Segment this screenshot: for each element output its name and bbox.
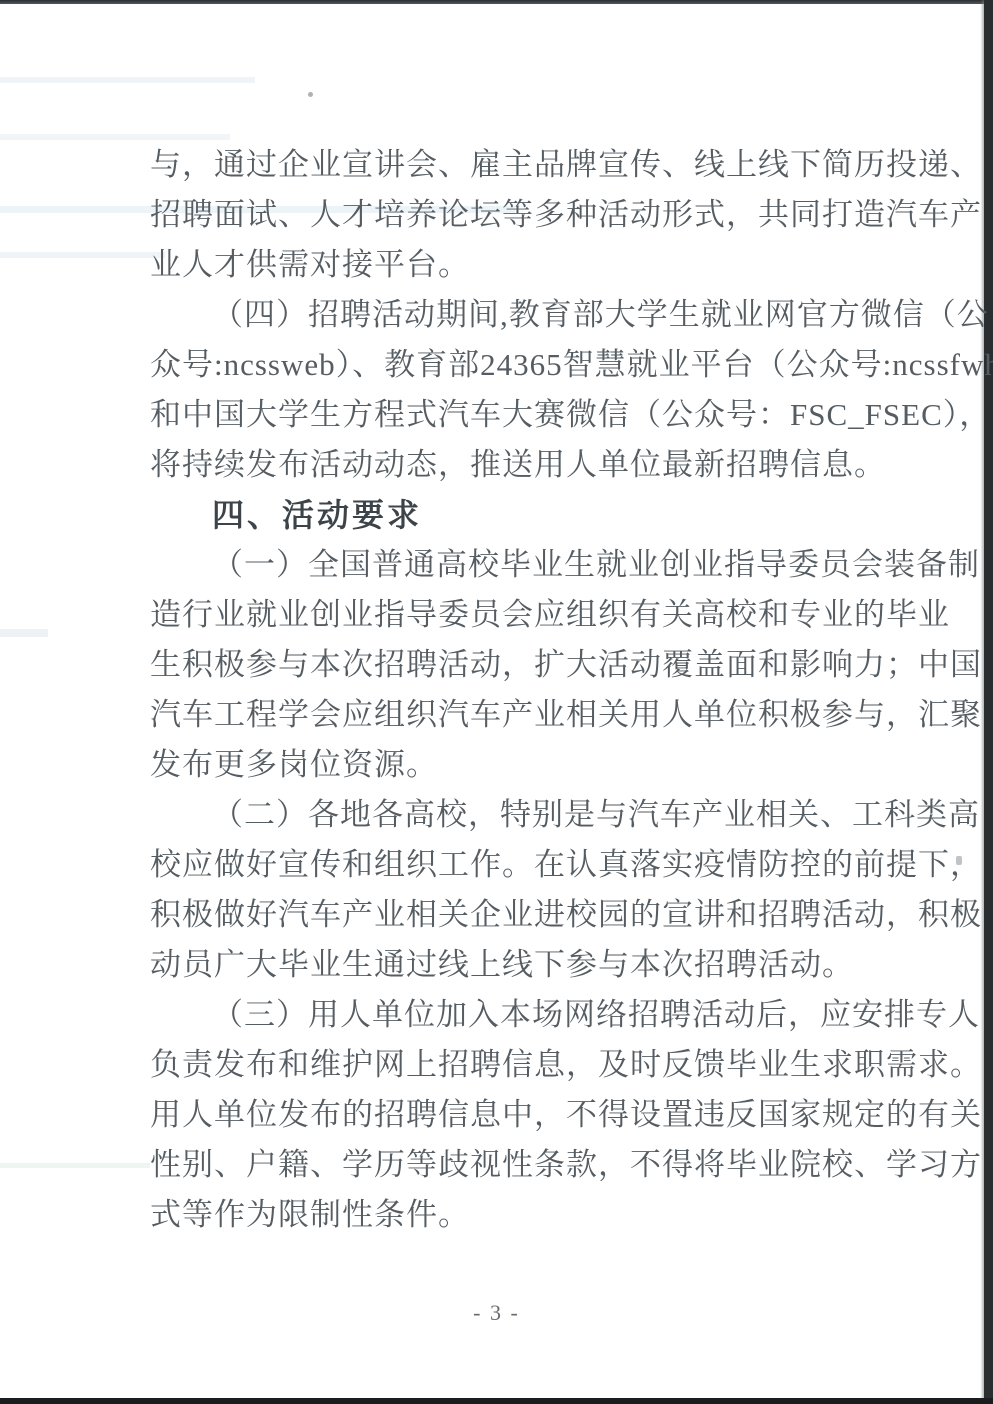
scan-artifact bbox=[0, 629, 48, 637]
text-line: 校应做好宣传和组织工作。在认真落实疫情防控的前提下， bbox=[150, 840, 862, 890]
text-line: （四）招聘活动期间,教育部大学生就业网官方微信（公 bbox=[150, 290, 862, 340]
document-body: 与，通过企业宣讲会、雇主品牌宣传、线上线下简历投递、招聘面试、人才培养论坛等多种… bbox=[150, 140, 862, 1240]
text-line: 用人单位发布的招聘信息中，不得设置违反国家规定的有关 bbox=[150, 1090, 862, 1140]
text-line: 动员广大毕业生通过线上线下参与本次招聘活动。 bbox=[150, 940, 862, 990]
scan-artifact bbox=[0, 77, 255, 83]
text-line: 生积极参与本次招聘活动，扩大活动覆盖面和影响力；中国 bbox=[150, 640, 862, 690]
scan-artifact-dot bbox=[308, 92, 313, 97]
scanned-document-page: 与，通过企业宣讲会、雇主品牌宣传、线上线下简历投递、招聘面试、人才培养论坛等多种… bbox=[0, 0, 993, 1404]
page-number: - 3 - bbox=[0, 1298, 993, 1328]
text-line: 造行业就业创业指导委员会应组织有关高校和专业的毕业 bbox=[150, 590, 862, 640]
text-line: 积极做好汽车产业相关企业进校园的宣讲和招聘活动，积极 bbox=[150, 890, 862, 940]
text-line: （一）全国普通高校毕业生就业创业指导委员会装备制 bbox=[150, 540, 862, 590]
text-line: 将持续发布活动动态，推送用人单位最新招聘信息。 bbox=[150, 440, 862, 490]
text-line: 和中国大学生方程式汽车大赛微信（公众号：FSC_FSEC）， bbox=[150, 390, 862, 440]
text-line: 与，通过企业宣讲会、雇主品牌宣传、线上线下简历投递、 bbox=[150, 140, 862, 190]
scan-edge-top bbox=[0, 0, 993, 4]
text-line: 汽车工程学会应组织汽车产业相关用人单位积极参与，汇聚 bbox=[150, 690, 862, 740]
text-line: 众号:ncssweb）、教育部24365智慧就业平台（公众号:ncssfwh） bbox=[150, 340, 862, 390]
text-line: （二）各地各高校，特别是与汽车产业相关、工科类高 bbox=[150, 790, 862, 840]
scan-artifact bbox=[0, 1163, 150, 1168]
scan-edge-bottom bbox=[0, 1398, 993, 1404]
text-line: 发布更多岗位资源。 bbox=[150, 740, 862, 790]
text-line: （三）用人单位加入本场网络招聘活动后，应安排专人 bbox=[150, 990, 862, 1040]
text-line: 性别、户籍、学历等歧视性条款，不得将毕业院校、学习方 bbox=[150, 1140, 862, 1190]
text-line: 负责发布和维护网上招聘信息，及时反馈毕业生求职需求。 bbox=[150, 1040, 862, 1090]
scan-edge-right bbox=[984, 0, 993, 1404]
text-line: 招聘面试、人才培养论坛等多种活动形式，共同打造汽车产 bbox=[150, 190, 862, 240]
section-heading: 四、活动要求 bbox=[150, 490, 862, 540]
text-line: 式等作为限制性条件。 bbox=[150, 1190, 862, 1240]
text-line: 业人才供需对接平台。 bbox=[150, 240, 862, 290]
scan-artifact bbox=[0, 252, 165, 258]
